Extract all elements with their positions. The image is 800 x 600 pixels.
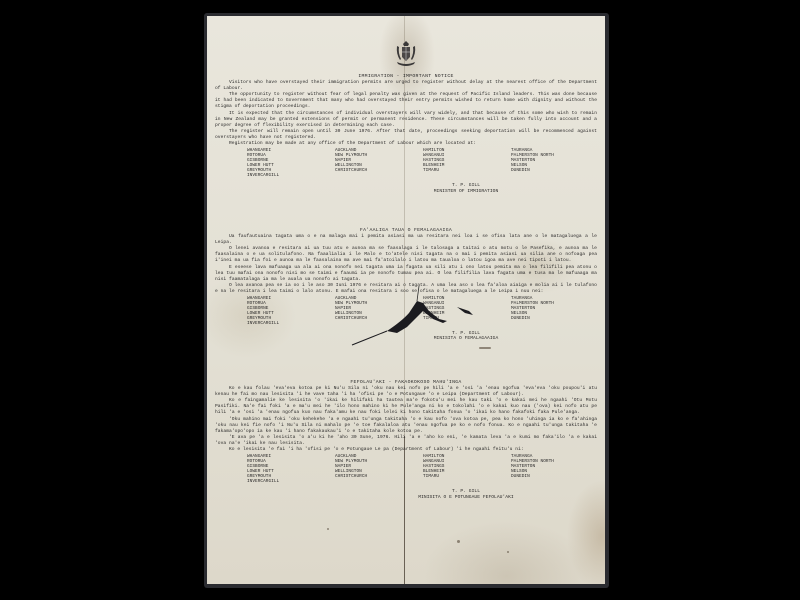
- english-section: IMMIGRATION - IMPORTANT NOTICE Visitors …: [215, 74, 597, 194]
- tongan-paragraph: 'Oku mahino mai foki 'oku kehekehe 'a e …: [215, 417, 597, 435]
- english-paragraph: Visitors who have overstayed their immig…: [215, 80, 597, 92]
- english-paragraph: The register will remain open until 30 J…: [215, 129, 597, 141]
- place: INVERCARGILL: [247, 479, 335, 484]
- paper-tear-damage: [347, 281, 487, 351]
- stain-spot: [327, 528, 329, 530]
- coat-of-arms-icon: [393, 40, 419, 70]
- tongan-signature: T. P. GILL MINISITA O E POTUNGAUE FEFOLA…: [215, 489, 597, 500]
- english-paragraph: The opportunity to register without fear…: [215, 92, 597, 110]
- paper-tear-damage: [479, 347, 491, 349]
- signature-title: MINISITA O E POTUNGAUE FEFOLAU'AKI: [335, 495, 597, 500]
- place: INVERCARGILL: [247, 321, 335, 326]
- tongan-paragraph: Ko e lesisita 'e fai 'i ha 'ofisi pe 'o …: [215, 447, 597, 453]
- office-locations-list: WHANGAREIAUCKLANDHAMILTONTAURANGA ROTORU…: [215, 148, 597, 178]
- stain-spot: [457, 540, 460, 543]
- english-paragraph: It is expected that the circumstances of…: [215, 111, 597, 129]
- tongan-paragraph: Ko e kau folau 'eva'eva kotoa pe ki Nu'u…: [215, 386, 597, 398]
- tongan-section: FEFOLAU'AKI - FAKAOKOKOSO MAHU'INGA Ko e…: [215, 380, 597, 500]
- notice-document: IMMIGRATION - IMPORTANT NOTICE Visitors …: [207, 16, 605, 584]
- stain-spot: [507, 551, 509, 553]
- place: INVERCARGILL: [247, 173, 335, 178]
- samoan-paragraph: O lenei avanoa e resitara ai ua tuu atu …: [215, 246, 597, 264]
- english-paragraph: Registration may be made at any office o…: [215, 141, 597, 147]
- signature-title: MINISTER OF IMMIGRATION: [335, 189, 597, 194]
- samoan-paragraph: Ua faufautuaina tagata uma o e na malaga…: [215, 234, 597, 246]
- tongan-paragraph: 'E ava pe 'a e lesisita 'o a'u ki he 'ah…: [215, 435, 597, 447]
- tongan-paragraph: Ko e faingamalie ke lesisita 'o 'ikai ke…: [215, 398, 597, 416]
- english-signature: T. P. GILL MINISTER OF IMMIGRATION: [215, 183, 597, 194]
- office-locations-list: WHANGAREIAUCKLANDHAMILTONTAURANGA ROTORU…: [215, 454, 597, 484]
